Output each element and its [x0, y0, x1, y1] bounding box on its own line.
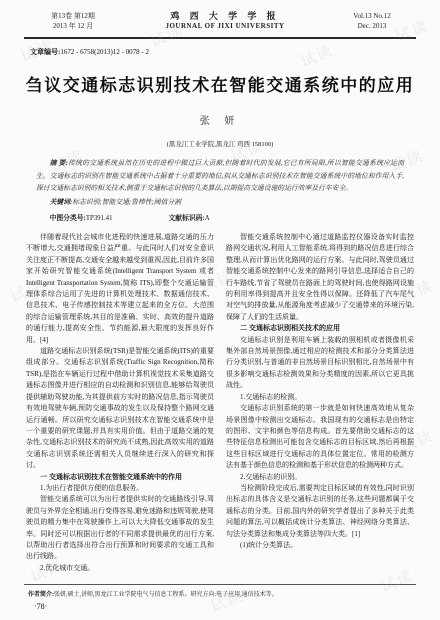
section-heading-2: 二 交通标志识别相关技术的应用	[226, 323, 414, 334]
volume-number: Vol.13 No.12	[332, 11, 412, 21]
abstract-block: 摘 要:传统的交通系统虽然在历史的进程中做过巨大贡献,但随着时代的发展,它已有所…	[36, 158, 404, 209]
section-heading-1: 一 交通标志识别技术在智能交通系统中的作用	[26, 472, 214, 483]
author-bio: 作者简介:张妍,硕士,讲师,黑龙江工业学院电气与信息工程系。研究方向:电子应用,…	[28, 589, 418, 598]
footer-divider	[24, 584, 416, 585]
journal-name-cn: 鸡 西 大 学 学 报	[118, 11, 332, 21]
subsection-item: (1)统计分类算法。	[226, 540, 414, 551]
issue-volume: 第13卷 第12期	[28, 11, 118, 21]
journal-name: 鸡 西 大 学 学 报 JOURNAL OF JIXI UNIVERSITY	[118, 11, 332, 31]
article-body: 伴随着现代社会城市化进程的快速进展,道路交通的压力不断增大,交通拥堵现象日益严重…	[26, 232, 414, 574]
keywords-text: 标志识别;智能交通;鲁棒性;阈值分割	[72, 199, 181, 206]
header-divider	[24, 37, 416, 39]
paragraph: 交通标志识别是利用车辆上装载的照相机或者摄像机采集外部自然场景图像,通过相应的检…	[226, 335, 414, 392]
abstract-paragraph: 摘 要:传统的交通系统虽然在历史的进程中做过巨大贡献,但随着时代的发展,它已有所…	[36, 158, 404, 196]
left-column: 伴随着现代社会城市化进程的快速进展,道路交通的压力不断增大,交通拥堵现象日益严重…	[26, 232, 214, 574]
paragraph: 智能交通系统控制中心通过道路监控仪器设备实时监控路网交通状况,利用人工智能系统,…	[226, 232, 414, 323]
paragraph: 道路交通标志识别系统(TSR)是智能交通系统(ITS)的重要组成部分。交通标志识…	[26, 346, 214, 471]
issue-date-cn: 2013 年 12 月	[28, 21, 118, 31]
abstract-label: 摘 要:	[50, 160, 68, 167]
author-bio-label: 作者简介:	[28, 592, 54, 598]
author-bio-text: 张妍,硕士,讲师,黑龙江工业学院电气与信息工程系。研究方向:电子应用,通信技术等…	[54, 592, 278, 598]
classification-line: 中图分类号:TP391.41文献标识码:A	[36, 212, 404, 222]
journal-header: 第13卷 第12期 2013 年 12 月 鸡 西 大 学 学 报 JOURNA…	[0, 0, 440, 35]
doc-code-value: A	[205, 215, 210, 222]
issue-info: 第13卷 第12期 2013 年 12 月	[28, 11, 118, 31]
journal-name-en: JOURNAL OF JIXI UNIVERSITY	[118, 21, 332, 31]
article-number-label: 文章编号:	[30, 48, 60, 56]
paragraph: 当检测阶段完成后,需要判定目标区域的有效性,同时识别出标志的具体含义是交通标志识…	[226, 483, 414, 540]
paragraph: 智能交通系统可以为出行者提供实时的交通路线引导,驾驶员与外界完全相通,出行变得容…	[26, 494, 214, 562]
abstract-text: 传统的交通系统虽然在历史的进程中做过巨大贡献,但随着时代的发展,它已有所局限,所…	[36, 160, 404, 192]
keywords-label: 关键词:	[50, 199, 73, 206]
clc-label: 中图分类号:	[50, 215, 86, 222]
clc-value: TP391.41	[86, 215, 113, 222]
volume-info: Vol.13 No.12 Dec. 2013	[332, 11, 412, 31]
author-affiliation: (黑龙江工业学院,黑龙江 鸡西 158100)	[0, 139, 440, 148]
article-number-line: 文章编号:1672 - 6758(2013)12 - 0078 - 2	[30, 47, 440, 57]
subsection-item: 2.优化城市交通。	[26, 563, 214, 574]
issue-date-en: Dec. 2013	[332, 21, 412, 31]
subsection-item: 2.交通标志的识别。	[226, 472, 414, 483]
paragraph: 交通标志识别系统的第一步就是如何快速高效地从复杂场景图像中检测出交通标志。我国现…	[226, 403, 414, 471]
doc-code-label: 文献标识码:	[168, 215, 204, 222]
page-title: 刍议交通标志识别技术在智能交通系统中的应用	[0, 71, 440, 96]
subsection-item: 1.交通标志的检测。	[226, 392, 414, 403]
author-name: 张 妍	[0, 112, 440, 127]
article-number-value: 1672 - 6758(2013)12 - 0078 - 2	[60, 48, 149, 56]
paper-page: 试读 试读 试读 试读 试读 试读 试读 试读 试读 试读 试读 试读 试读 试…	[0, 0, 440, 620]
subsection-item: 1.为出行者提供方便的信息服务。	[26, 483, 214, 494]
right-column: 智能交通系统控制中心通过道路监控仪器设备实时监控路网交通状况,利用人工智能系统,…	[226, 232, 414, 574]
page-number: ·78·	[34, 602, 47, 611]
paragraph: 伴随着现代社会城市化进程的快速进展,道路交通的压力不断增大,交通拥堵现象日益严重…	[26, 232, 214, 346]
keywords-line: 关键词:标志识别;智能交通;鲁棒性;阈值分割	[36, 197, 404, 210]
